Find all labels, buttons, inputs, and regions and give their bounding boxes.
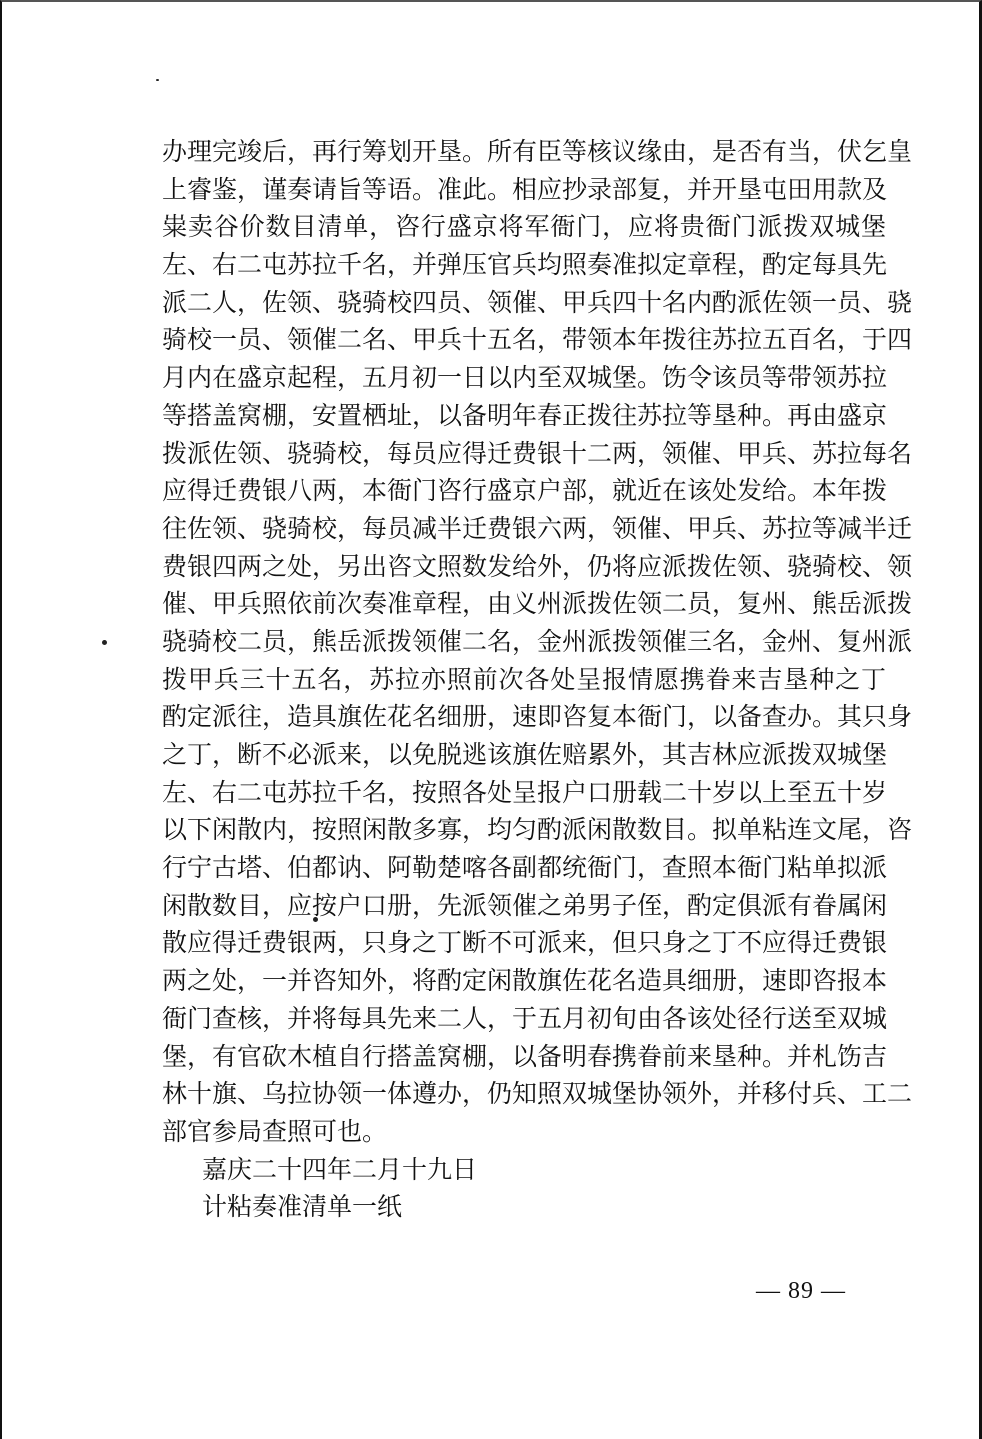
text-line: 等搭盖窝棚，安置栖址，以备明年春正拨往苏拉等垦种。再由盛京 — [162, 397, 886, 435]
text-line: 以下闲散内，按照闲散多寡，均匀酌派闲散数目。拟单粘连文尾，咨 — [162, 811, 886, 849]
page-number: — 89 — — [756, 1278, 846, 1305]
scan-speck — [156, 79, 159, 81]
text-line: 左、右二屯苏拉千名，按照各处呈报户口册载二十岁以上至五十岁 — [162, 774, 886, 812]
text-line: 两之处，一并咨知外，将酌定闲散旗佐花名造具细册，速即咨报本 — [162, 962, 886, 1000]
text-line: 月内在盛京起程，五月初一日以内至双城堡。饬令该员等带领苏拉 — [162, 359, 886, 397]
text-line: 之丁，断不必派来，以免脱逃该旗佐赔累外，其吉林应派拨双城堡 — [162, 736, 886, 774]
text-line: 骑校一员、领催二名、甲兵十五名，带领本年拨往苏拉五百名，于四 — [162, 321, 886, 359]
text-line: 堡，有官砍木植自行搭盖窝棚，以备明春携眷前来垦种。并札饬吉 — [162, 1038, 886, 1076]
text-line: 拨甲兵三十五名，苏拉亦照前次各处呈报情愿携眷来吉垦种之丁 — [162, 661, 886, 699]
text-line: 派二人，佐领、骁骑校四员、领催、甲兵四十名内酌派佐领一员、骁 — [162, 284, 886, 322]
text-line: 部官参局查照可也。 — [162, 1113, 886, 1151]
text-line: 林十旗、乌拉协领一体遵办，仍知照双城堡协领外，并移付兵、工二 — [162, 1075, 886, 1113]
text-line: 办理完竣后，再行筹划开垦。所有臣等核议缘由，是否有当，伏乞皇 — [162, 133, 886, 171]
scan-speck — [102, 640, 107, 645]
text-line: 闲散数目，应按户口册，先派领催之弟男子侄，酌定俱派有眷属闲 — [162, 887, 886, 925]
text-line: 骁骑校二员，熊岳派拨领催二名，金州派拨领催三名，金州、复州派 — [162, 623, 886, 661]
text-line: 散应得迁费银两，只身之丁断不可派来，但只身之丁不应得迁费银 — [162, 924, 886, 962]
scan-speck — [313, 917, 318, 922]
text-line: 上睿鉴，谨奏请旨等语。准此。相应抄录部复，并开垦屯田用款及 — [162, 171, 886, 209]
text-line: 左、右二屯苏拉千名，并弹压官兵均照奏准拟定章程，酌定每具先 — [162, 246, 886, 284]
attachment-line: 计粘奏准清单一纸 — [162, 1188, 886, 1226]
text-line: 行宁古塔、伯都讷、阿勒楚喀各副都统衙门，查照本衙门粘单拟派 — [162, 849, 886, 887]
text-line: 费银四两之处，另出咨文照数发给外，仍将应派拨佐领、骁骑校、领 — [162, 548, 886, 586]
text-line: 往佐领、骁骑校，每员减半迁费银六两，领催、甲兵、苏拉等减半迁 — [162, 510, 886, 548]
text-line: 粜卖谷价数目清单，咨行盛京将军衙门，应将贵衙门派拨双城堡 — [162, 208, 886, 246]
text-line: 拨派佐领、骁骑校，每员应得迁费银十二两，领催、甲兵、苏拉每名 — [162, 435, 886, 473]
text-line: 酌定派往，造具旗佐花名细册，速即咨复本衙门，以备查办。其只身 — [162, 698, 886, 736]
text-line: 催、甲兵照依前次奏准章程，由义州派拨佐领二员，复州、熊岳派拨 — [162, 585, 886, 623]
date-line: 嘉庆二十四年二月十九日 — [162, 1151, 886, 1189]
text-line: 衙门查核，并将每具先来二人，于五月初旬由各该处径行送至双城 — [162, 1000, 886, 1038]
scanned-page: 办理完竣后，再行筹划开垦。所有臣等核议缘由，是否有当，伏乞皇 上睿鉴，谨奏请旨等… — [0, 0, 982, 1439]
text-line: 应得迁费银八两，本衙门咨行盛京户部，就近在该处发给。本年拨 — [162, 472, 886, 510]
document-body: 办理完竣后，再行筹划开垦。所有臣等核议缘由，是否有当，伏乞皇 上睿鉴，谨奏请旨等… — [162, 133, 886, 1226]
